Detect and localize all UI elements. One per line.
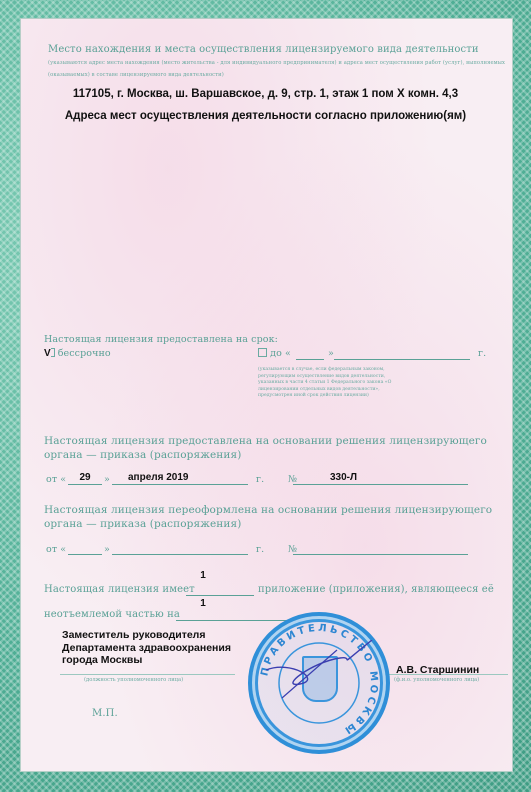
- location-heading-text: Место нахождения и места осуществления л…: [48, 44, 479, 55]
- grant-number-line: [293, 484, 468, 485]
- license-sheet: Место нахождения и места осуществления л…: [0, 0, 531, 792]
- term-until-option[interactable]: до «: [258, 348, 291, 359]
- until-month-line: [334, 359, 470, 360]
- term-indefinite-option[interactable]: V бессрочно: [44, 348, 111, 359]
- grant-text: Настоящая лицензия предоставлена на осно…: [44, 434, 494, 462]
- grant-day: 29: [68, 472, 102, 483]
- reissue-close-quote: »: [104, 544, 110, 555]
- signatory-position: Заместитель руководителя Департамента зд…: [62, 629, 232, 667]
- reissue-year-suffix: г.: [256, 544, 264, 555]
- appendix-count: 1: [186, 570, 220, 581]
- reissue-number-line: [293, 554, 468, 555]
- reissue-text: Настоящая лицензия переоформлена на осно…: [44, 503, 494, 531]
- checkbox-until[interactable]: [258, 348, 267, 357]
- term-until-label: до «: [270, 348, 291, 359]
- appendix-text-after: приложение (приложения), являющееся её: [258, 584, 494, 595]
- grant-month-line: [112, 484, 248, 485]
- reissue-month-line: [112, 554, 248, 555]
- until-note: (указывается в случае, если федеральным …: [258, 367, 408, 400]
- until-day-line: [296, 359, 324, 360]
- grant-year-suffix: г.: [256, 474, 264, 485]
- grant-day-line: [68, 484, 102, 485]
- position-line: [60, 674, 235, 675]
- reissue-day-line: [68, 554, 102, 555]
- position-caption: (должность уполномоченного лица): [84, 677, 183, 684]
- location-heading: Место нахождения и места осуществления л…: [48, 44, 508, 80]
- grant-number: 330-Л: [330, 472, 357, 483]
- reissue-from-label: от «: [46, 544, 66, 555]
- term-label: Настоящая лицензия предоставлена на срок…: [44, 334, 278, 345]
- until-close-quote: »: [328, 348, 334, 359]
- grant-month-year: апреля 2019: [128, 472, 188, 483]
- term-indefinite-label: бессрочно: [58, 348, 111, 359]
- appendix-pages-label: неотъемлемой частью на: [44, 609, 180, 620]
- grant-from-label: от «: [46, 474, 66, 485]
- appendix-count-line: [186, 595, 254, 596]
- address: 117105, г. Москва, ш. Варшавское, д. 9, …: [0, 88, 531, 100]
- seal-mark: М.П.: [92, 708, 118, 719]
- signature-icon: [262, 640, 382, 700]
- until-year-suffix: г.: [478, 348, 486, 359]
- name-caption: (ф.и.о. уполномоченного лица): [394, 677, 479, 684]
- grant-close-quote: »: [104, 474, 110, 485]
- location-note: (указываются адрес места нахождения (мес…: [48, 60, 505, 78]
- address-note: Адреса мест осуществления деятельности с…: [0, 110, 531, 122]
- checkbox-indefinite[interactable]: [51, 348, 55, 357]
- check-mark-icon: V: [44, 348, 51, 359]
- appendix-text-before: Настоящая лицензия имеет: [44, 584, 195, 595]
- appendix-pages: 1: [186, 598, 220, 609]
- signatory-name: А.В. Старшинин: [396, 664, 479, 676]
